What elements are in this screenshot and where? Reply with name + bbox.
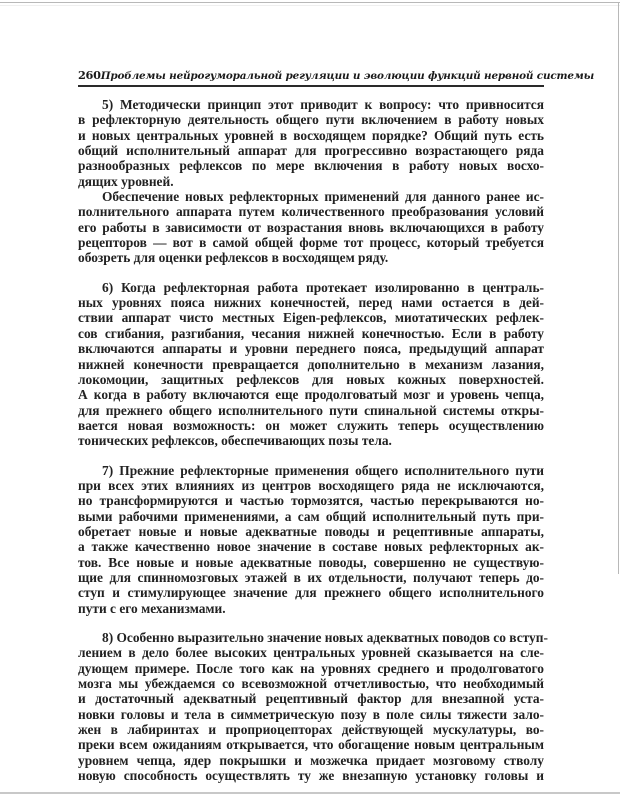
paragraph-gap (78, 616, 544, 630)
text-line: 5) Методически принцип этот приводит к в… (78, 97, 544, 112)
text-line: локомоции, защитных рефлексов для новых … (78, 372, 544, 387)
text-line: сов сгибания, разгибания, чесания нижней… (78, 326, 544, 341)
text-line: включаются аппараты и уровни переднего п… (78, 341, 544, 356)
text-line: А когда в работу включаются еще продолго… (78, 387, 544, 402)
text-line: в рефлекторную деятельность общего пути … (78, 112, 544, 127)
text-line: полнительного аппарата путем количествен… (78, 204, 544, 219)
body-text: 5) Методически принцип этот приводит к в… (78, 97, 544, 783)
paragraph-7: 7) Прежние рефлекторные применения общег… (78, 463, 544, 616)
running-header: 260 Проблемы нейрогуморальной регуляции … (78, 68, 544, 84)
paragraph-5: 5) Методически принцип этот приводит к в… (78, 97, 544, 189)
text-line: обозреть для оценки рефлексов в восходящ… (78, 250, 544, 265)
page-number: 260 (78, 68, 101, 82)
page-border-top (0, 2, 620, 3)
text-line: дящих уровней. (78, 174, 544, 189)
text-line: ных уровнях пояса нижних конечностей, пе… (78, 295, 544, 310)
text-line: а также качественно новое значение в сос… (78, 539, 544, 554)
text-line: общий исполнительный аппарат для прогрес… (78, 143, 544, 158)
text-line: мозга мы убеждаемся со всевозможной отче… (78, 676, 544, 691)
page-border-right (618, 2, 619, 574)
text-line: нижней конечности превращается дополните… (78, 357, 544, 372)
text-line: и новых центральных уровней в восходящем… (78, 128, 544, 143)
text-line: пути с его механизмами. (78, 601, 544, 616)
text-line: вается новая возможность: он может служи… (78, 418, 544, 433)
header-rule (78, 85, 544, 87)
text-line: для прежнего общего исполнительного пути… (78, 403, 544, 418)
text-line: щие для спинномозговых этажей в их отдел… (78, 570, 544, 585)
text-line: преки всем ожиданиям открывается, что об… (78, 737, 544, 752)
text-line: тов. Все новые и новые адекватные поводы… (78, 555, 544, 570)
text-line: тонических рефлексов, обеспечивающих поз… (78, 433, 544, 448)
text-line: новую способность осуществлять ту же вне… (78, 768, 544, 783)
text-line: разнообразных рефлексов по мере включени… (78, 158, 544, 173)
paragraph-gap (78, 266, 544, 280)
text-line: жен в лабиринтах и проприоцепторах дейст… (78, 722, 544, 737)
text-line: ступ и стимулирующее значение для прежне… (78, 585, 544, 600)
text-line: лением в дело более высоких центральных … (78, 645, 544, 660)
text-line: уровнем чепца, ядер покрышки и мозжечка … (78, 753, 544, 768)
page-border-top-inner (0, 5, 620, 6)
text-line: 6) Когда рефлекторная работа протекает и… (78, 280, 544, 295)
text-line: но трансформируются и частью тормозятся,… (78, 493, 544, 508)
text-line: его работы в зависимости от возрастания … (78, 220, 544, 235)
text-line: дующем примере. После того как на уровня… (78, 661, 544, 676)
paragraph-5-continuation: Обеспечение новых рефлекторных применени… (78, 189, 544, 266)
text-line: 8) Особенно выразительно значение новых … (78, 630, 544, 645)
paragraph-8: 8) Особенно выразительно значение новых … (78, 630, 544, 783)
text-line: при всех этих влияниях из центров восход… (78, 478, 544, 493)
running-title: Проблемы нейрогуморальной регуляции и эв… (101, 70, 594, 82)
paragraph-gap (78, 449, 544, 463)
text-line: Обеспечение новых рефлекторных применени… (78, 189, 544, 204)
paragraph-6: 6) Когда рефлекторная работа протекает и… (78, 280, 544, 449)
text-line: обретает новые и новые адекватные поводы… (78, 524, 544, 539)
text-line: рецепторов — вот в самой общей форме тот… (78, 235, 544, 250)
text-line: ствии аппарат чисто местных Eigen-рефлек… (78, 310, 544, 325)
text-line: выми рабочими применениями, а сам общий … (78, 509, 544, 524)
text-line: и достаточный адекватный рецептивный фак… (78, 691, 544, 706)
text-line: новки головы и тела в симметрическую поз… (78, 707, 544, 722)
text-line: 7) Прежние рефлекторные применения общег… (78, 463, 544, 478)
page-border-bottom (0, 792, 620, 794)
